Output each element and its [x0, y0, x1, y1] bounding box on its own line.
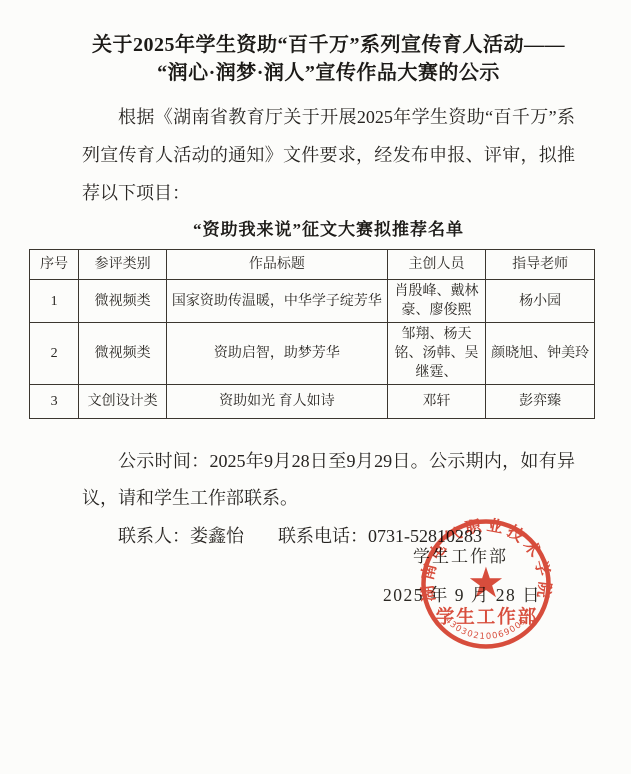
col-header-authors: 主创人员 [387, 250, 485, 280]
title-cell: 资助如光 育人如诗 [167, 385, 388, 419]
category-cell: 微视频类 [79, 323, 167, 385]
advisor-cell: 颜晓旭、钟美玲 [486, 323, 595, 385]
rank-cell: 2 [30, 323, 79, 385]
authors-cell: 邹翔、杨天铭、汤韩、吴继霆、 [387, 323, 485, 385]
table-row: 1 微视频类 国家资助传温暖，中华学子绽芳华 肖殷峰、戴林豪、廖俊熙 杨小园 [30, 280, 595, 323]
title-line-1: 关于2025年学生资助“百千万”系列宣传育人活动—— [82, 31, 575, 59]
table-title: “资助我来说”征文大赛拟推荐名单 [82, 215, 575, 240]
title-line-2: “润心·润梦·润人”宣传作品大赛的公示 [82, 59, 575, 87]
rank-cell: 3 [30, 385, 79, 419]
intro-paragraph: 根据《湖南省教育厅关于开展2025年学生资助“百千万”系列宣传育人活动的通知》文… [82, 98, 575, 212]
title-cell: 资助启智，助梦芳华 [167, 323, 388, 385]
table-row: 2 微视频类 资助启智，助梦芳华 邹翔、杨天铭、汤韩、吴继霆、 颜晓旭、钟美玲 [30, 323, 595, 385]
col-header-title: 作品标题 [167, 250, 388, 280]
table-header-row: 序号 参评类别 作品标题 主创人员 指导老师 [30, 250, 595, 280]
col-header-advisor: 指导老师 [486, 250, 595, 280]
recommendation-table: 序号 参评类别 作品标题 主创人员 指导老师 1 微视频类 国家资助传温暖，中华… [29, 249, 595, 419]
table-row: 3 文创设计类 资助如光 育人如诗 邓轩 彭弈臻 [30, 385, 595, 419]
authors-cell: 邓轩 [387, 385, 485, 419]
document-page: 关于2025年学生资助“百千万”系列宣传育人活动—— “润心·润梦·润人”宣传作… [0, 0, 631, 774]
col-header-category: 参评类别 [79, 250, 167, 280]
category-cell: 微视频类 [79, 280, 167, 323]
authors-cell: 肖殷峰、戴林豪、廖俊熙 [387, 280, 485, 323]
advisor-cell: 杨小园 [486, 280, 595, 323]
col-header-rank: 序号 [30, 250, 79, 280]
official-stamp: 湖南电气职业技术学院 ★ 学生工作部 43030210069005 [406, 504, 566, 664]
category-cell: 文创设计类 [79, 385, 167, 419]
stamp-star-icon: ★ [467, 558, 505, 607]
document-title: 关于2025年学生资助“百千万”系列宣传育人活动—— “润心·润梦·润人”宣传作… [82, 31, 575, 87]
contact-person: 联系人：娄鑫怡 [118, 526, 244, 546]
advisor-cell: 彭弈臻 [486, 385, 595, 419]
title-cell: 国家资助传温暖，中华学子绽芳华 [167, 280, 388, 323]
rank-cell: 1 [30, 280, 79, 323]
